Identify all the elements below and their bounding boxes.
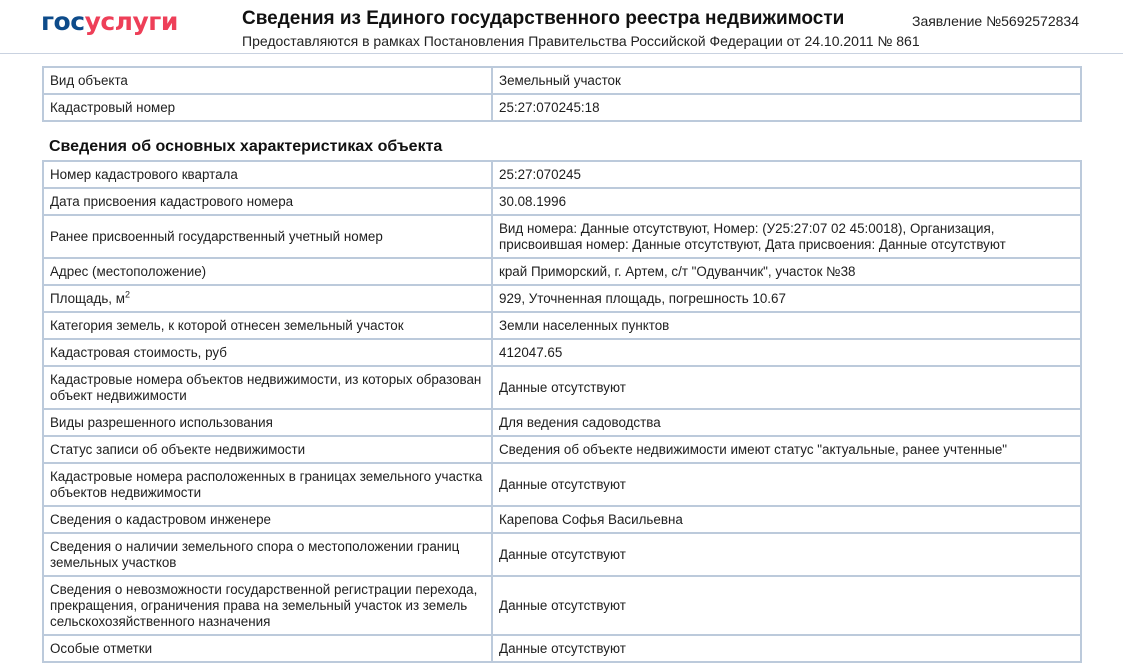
page-header: госуслуги Сведения из Единого государств… (0, 0, 1123, 54)
characteristics-table-row: Ранее присвоенный государственный учетны… (43, 215, 1081, 258)
row-label: Категория земель, к которой отнесен земе… (43, 312, 492, 339)
object-table: Вид объектаЗемельный участокКадастровый … (42, 66, 1082, 122)
application-number: Заявление №5692572834 (912, 13, 1079, 29)
row-value: 25:27:070245:18 (492, 94, 1081, 121)
row-value: Данные отсутствуют (492, 533, 1081, 576)
row-value: Для ведения садоводства (492, 409, 1081, 436)
row-label-superscript: 2 (125, 290, 130, 300)
row-label-text: Кадастровая стоимость, руб (50, 345, 227, 360)
row-label: Номер кадастрового квартала (43, 161, 492, 188)
row-value: Данные отсутствуют (492, 576, 1081, 589)
characteristics-table-row: Дата присвоения кадастрового номера30.08… (43, 188, 1081, 215)
characteristics-table-row: Сведения о невозможности государственной… (43, 576, 1081, 589)
characteristics-table-row: Категория земель, к которой отнесен земе… (43, 312, 1081, 339)
object-table-row: Кадастровый номер25:27:070245:18 (43, 94, 1081, 121)
logo-part-gos: гос (41, 7, 85, 36)
characteristics-table-row: Сведения о наличии земельного спора о ме… (43, 533, 1081, 576)
row-value: край Приморский, г. Артем, с/т "Одуванчи… (492, 258, 1081, 285)
row-label: Виды разрешенного использования (43, 409, 492, 436)
characteristics-table-row: Площадь, м2929, Уточненная площадь, погр… (43, 285, 1081, 312)
row-label: Адрес (местоположение) (43, 258, 492, 285)
characteristics-table-row: Виды разрешенного использованияДля веден… (43, 409, 1081, 436)
row-label-text: Номер кадастрового квартала (50, 167, 238, 182)
row-label: Кадастровая стоимость, руб (43, 339, 492, 366)
row-label-text: Вид объекта (50, 73, 128, 88)
characteristics-table-row: Сведения о кадастровом инженереКарепова … (43, 506, 1081, 533)
row-label: Дата присвоения кадастрового номера (43, 188, 492, 215)
row-value: 929, Уточненная площадь, погрешность 10.… (492, 285, 1081, 312)
row-value: Карепова Софья Васильевна (492, 506, 1081, 533)
row-value: Земли населенных пунктов (492, 312, 1081, 339)
characteristics-table-row: Кадастровая стоимость, руб412047.65 (43, 339, 1081, 366)
characteristics-table-row: Адрес (местоположение)край Приморский, г… (43, 258, 1081, 285)
section-title-characteristics: Сведения об основных характеристиках объ… (49, 137, 1080, 157)
row-label-text: Статус записи об объекте недвижимости (50, 442, 305, 457)
characteristics-table-row: Кадастровые номера объектов недвижимости… (43, 366, 1081, 409)
row-label-text: Виды разрешенного использования (50, 415, 273, 430)
row-label-text: Ранее присвоенный государственный учетны… (50, 229, 383, 244)
row-value: 30.08.1996 (492, 188, 1081, 215)
characteristics-table: Номер кадастрового квартала25:27:070245Д… (42, 160, 1082, 589)
row-label: Кадастровый номер (43, 94, 492, 121)
page-title: Сведения из Единого государственного рее… (242, 8, 844, 30)
row-value: Земельный участок (492, 67, 1081, 94)
row-label-text: Сведения о кадастровом инженере (50, 512, 271, 527)
row-label-text: Площадь, м (50, 291, 125, 306)
row-value: Данные отсутствуют (492, 463, 1081, 506)
row-label: Ранее присвоенный государственный учетны… (43, 215, 492, 258)
row-value: Вид номера: Данные отсутствуют, Номер: (… (492, 215, 1081, 258)
gosuslugi-logo[interactable]: госуслуги (41, 8, 178, 36)
row-value: 25:27:070245 (492, 161, 1081, 188)
row-label: Кадастровые номера объектов недвижимости… (43, 366, 492, 409)
row-label-text: Адрес (местоположение) (50, 264, 206, 279)
characteristics-table-row: Статус записи об объекте недвижимостиСве… (43, 436, 1081, 463)
row-label: Вид объекта (43, 67, 492, 94)
row-label: Сведения о невозможности государственной… (43, 576, 492, 589)
row-label: Площадь, м2 (43, 285, 492, 312)
characteristics-table-row: Номер кадастрового квартала25:27:070245 (43, 161, 1081, 188)
row-label-text: Категория земель, к которой отнесен земе… (50, 318, 404, 333)
row-label-text: Сведения о наличии земельного спора о ме… (50, 539, 459, 570)
row-label: Сведения о кадастровом инженере (43, 506, 492, 533)
characteristics-table-row: Кадастровые номера расположенных в грани… (43, 463, 1081, 506)
row-value: 412047.65 (492, 339, 1081, 366)
row-label-text: Кадастровые номера расположенных в грани… (50, 469, 482, 500)
row-label-text: Дата присвоения кадастрового номера (50, 194, 293, 209)
document-content: Вид объектаЗемельный участокКадастровый … (42, 66, 1080, 589)
row-value: Данные отсутствуют (492, 366, 1081, 409)
row-label: Кадастровые номера расположенных в грани… (43, 463, 492, 506)
row-value: Сведения об объекте недвижимости имеют с… (492, 436, 1081, 463)
object-table-row: Вид объектаЗемельный участок (43, 67, 1081, 94)
row-label: Сведения о наличии земельного спора о ме… (43, 533, 492, 576)
row-label-text: Сведения о невозможности государственной… (50, 582, 477, 589)
page-subtitle: Предоставляются в рамках Постановления П… (242, 33, 920, 49)
row-label-text: Кадастровые номера объектов недвижимости… (50, 372, 481, 403)
logo-part-uslugi: услуги (85, 7, 178, 36)
row-label: Статус записи об объекте недвижимости (43, 436, 492, 463)
row-label-text: Кадастровый номер (50, 100, 175, 115)
